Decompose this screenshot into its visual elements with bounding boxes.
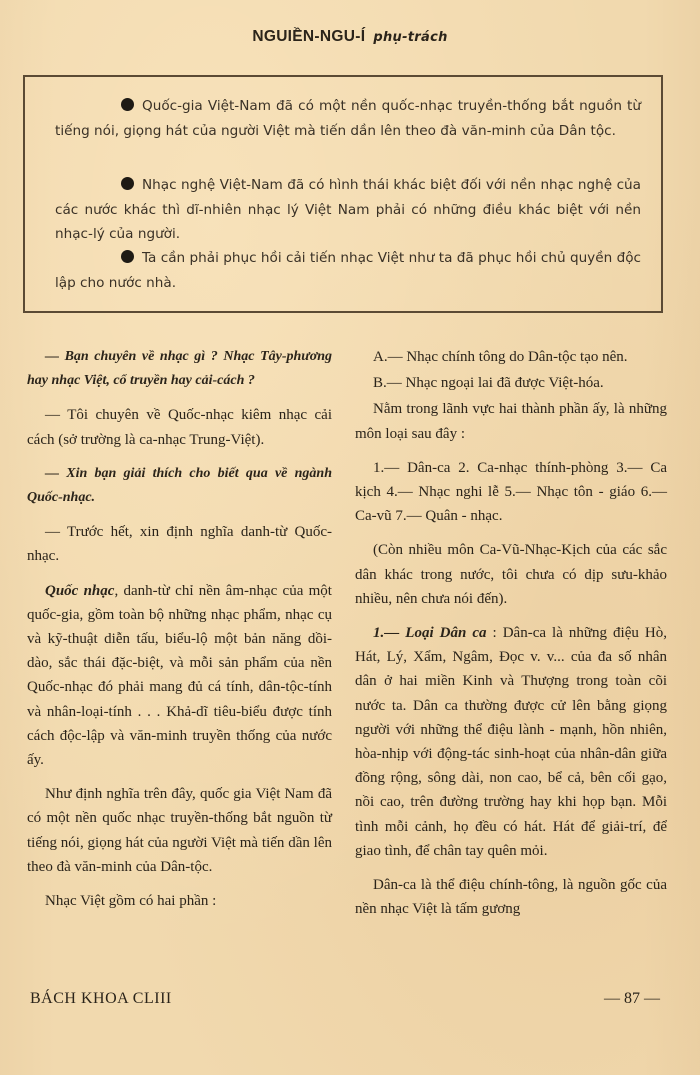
bullet-icon [121, 250, 134, 263]
paragraph: Nhạc Việt gồm có hai phần : [27, 889, 332, 913]
author-role: phụ-trách [373, 30, 447, 45]
part-a: A.— Nhạc chính tông do Dân-tộc tạo nên. [355, 345, 667, 369]
bullet-icon [121, 98, 134, 111]
note-paragraph: (Còn nhiều môn Ca-Vũ-Nhạc-Kịch của các s… [355, 538, 667, 611]
summary-point: Ta cần phải phục hồi cải tiến nhạc Việt … [55, 246, 641, 295]
page-header: NGUIỀN-NGU-Í phụ-trách [0, 28, 700, 46]
publication-name: BÁCH KHOA CLIII [30, 990, 172, 1008]
paragraph: Như định nghĩa trên đây, quốc gia Việt N… [27, 782, 332, 879]
part-b: B.— Nhạc ngoại lai đã được Việt-hóa. [355, 371, 667, 395]
definition-term: Quốc nhạc [45, 583, 114, 599]
summary-point: Quốc-gia Việt-Nam đã có một nền quốc-nhạ… [55, 94, 641, 143]
danca-paragraph: 1.— Loại Dân ca : Dân-ca là những điệu H… [355, 621, 667, 863]
author-name: NGUIỀN-NGU-Í [252, 28, 365, 45]
genre-list: 1.— Dân-ca 2. Ca-nhạc thính-phòng 3.— Ca… [355, 456, 667, 529]
interview-question: — Xin bạn giải thích cho biết qua về ngà… [27, 462, 332, 510]
bullet-icon [121, 177, 134, 190]
definition-paragraph: Quốc nhạc, danh-từ chỉ nền âm-nhạc của m… [27, 579, 332, 773]
left-column: — Bạn chuyên về nhạc gì ? Nhạc Tây-phươn… [27, 345, 332, 923]
interview-answer: — Tôi chuyên về Quốc-nhạc kiêm nhạc cải … [27, 403, 332, 451]
summary-point: Nhạc nghệ Việt-Nam đã có hình thái khác … [55, 173, 641, 247]
paragraph: Dân-ca là thể điệu chính-tông, là nguồn … [355, 873, 667, 921]
summary-box: Quốc-gia Việt-Nam đã có một nền quốc-nhạ… [23, 75, 663, 313]
right-column: A.— Nhạc chính tông do Dân-tộc tạo nên. … [355, 345, 667, 931]
interview-answer: — Trước hết, xin định nghĩa danh-từ Quốc… [27, 520, 332, 568]
interview-question: — Bạn chuyên về nhạc gì ? Nhạc Tây-phươn… [27, 345, 332, 393]
paragraph: Nằm trong lãnh vực hai thành phần ấy, là… [355, 397, 667, 445]
page-number: — 87 — [604, 990, 660, 1008]
section-label: 1.— Loại Dân ca [373, 625, 487, 641]
